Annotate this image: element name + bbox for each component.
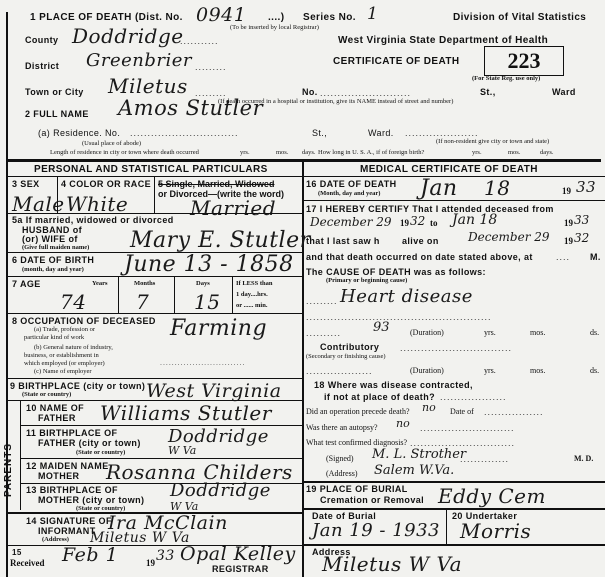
mother-label-1: 12 MAIDEN NAME: [26, 461, 109, 471]
personal-section-title: PERSONAL AND STATISTICAL PARTICULARS: [34, 164, 268, 175]
mother-label-2: MOTHER: [38, 471, 79, 481]
received-date: Feb 1: [62, 544, 118, 566]
foreign-days: days.: [540, 149, 554, 156]
burial-address-value: Miletus W Va: [322, 552, 462, 576]
registrar-label: REGISTRAR: [212, 564, 269, 574]
foreign-yrs: yrs.: [472, 149, 482, 156]
received-year-prefix: 19: [146, 558, 155, 568]
father-bp-state: W Va: [168, 444, 196, 457]
attended-from: December 29: [310, 215, 392, 229]
registrar-name: Opal Kelley: [180, 543, 296, 565]
less-than-2: 1 day....hrs.: [236, 291, 268, 298]
occupation-b-3: which employed (or employer): [24, 360, 105, 367]
district-value: Greenbrier: [86, 50, 192, 71]
length-mos: mos.: [276, 149, 288, 156]
days-label: Days: [196, 280, 210, 287]
dod-day: 18: [484, 176, 510, 200]
occupation-value: Farming: [170, 316, 267, 341]
medical-section-title: MEDICAL CERTIFICATE OF DEATH: [360, 164, 538, 175]
father-bp-label-1: 11 BIRTHPLACE OF: [26, 428, 117, 438]
spouse-value: Mary E. Stutler: [130, 228, 311, 253]
occupation-b-1: (b) General nature of industry,: [34, 344, 113, 351]
contracted-label-1: 18 Where was disease contracted,: [314, 380, 473, 390]
autopsy-label: Was there an autopsy?: [306, 423, 378, 432]
undertaker-value: Morris: [460, 519, 531, 543]
division-title: Division of Vital Statistics: [453, 12, 586, 23]
occupation-b-2: business, or establishment in: [24, 352, 99, 359]
occurred-label: and that death occurred on date stated a…: [306, 252, 533, 262]
town-value: Miletus: [108, 74, 188, 98]
county-label: County: [25, 35, 58, 45]
occupation-c: (c) Name of employer: [34, 368, 92, 375]
birthplace-label: 9 BIRTHPLACE (city or town): [10, 381, 145, 391]
place-of-death-label: 1 PLACE OF DEATH (Dist. No.: [30, 12, 183, 23]
burial-place-label-1: 19 PLACE OF BURIAL: [306, 484, 408, 494]
operation-label: Did an operation precede death?: [306, 407, 410, 416]
father-bp-label-2: FATHER (city or town): [38, 438, 141, 448]
mother-bp-label-1: 13 BIRTHPLACE OF: [26, 485, 118, 495]
to-label: to: [430, 218, 438, 228]
burial-place-value: Eddy Cem: [438, 484, 546, 508]
dob-label: 6 DATE OF BIRTH: [12, 255, 94, 265]
received-label: Received: [10, 558, 44, 568]
county-value: Doddridge: [72, 24, 184, 48]
last-saw-date: December 29: [468, 230, 550, 244]
state-reg-note: (For State Reg. use only): [472, 75, 540, 82]
received-num: 15: [12, 548, 22, 557]
signed-address-label: (Address): [326, 469, 358, 478]
birthplace-value: West Virginia: [146, 380, 282, 402]
dod-year: 33: [576, 178, 596, 196]
contributory-duration-label: (Duration): [410, 366, 444, 375]
mother-bp-sub: (State or country): [76, 505, 125, 512]
abode-note: (Usual place of abode): [82, 140, 141, 147]
spouse-label-1: 5a If married, widowed or divorced: [12, 215, 174, 225]
cause-sub: (Primary or beginning cause): [326, 277, 407, 284]
town-label: Town or City: [25, 87, 84, 97]
st-label: St.,: [480, 87, 496, 97]
foreign-note: How long in U. S. A., if of foreign birt…: [318, 149, 424, 156]
occupation-a-1: (a) Trade, profession or: [34, 326, 95, 333]
spouse-label-4: (Give full maiden name): [22, 244, 89, 251]
birthplace-sub: (State or country): [22, 391, 71, 398]
occurred-suffix: M.: [590, 252, 601, 262]
contributory-mos: mos.: [530, 366, 545, 375]
contracted-label-2: if not at place of death?: [324, 392, 435, 402]
dod-sub: (Month, day and year): [318, 190, 380, 197]
no-label: No.: [302, 87, 318, 97]
residence-ward-label: Ward.: [368, 128, 394, 138]
marital-value: Married: [190, 196, 276, 220]
last-saw-label: that I last saw h: [306, 236, 380, 246]
contributory-ds: ds.: [590, 366, 599, 375]
nonresident-note: (If non-resident give city or town and s…: [436, 138, 549, 145]
dob-sub: (month, day and year): [22, 266, 84, 273]
sex-label: 3 SEX: [12, 179, 40, 189]
dod-label: 16 DATE OF DEATH: [306, 179, 397, 189]
md-label: M. D.: [574, 454, 593, 463]
district-label: District: [25, 61, 59, 71]
certify-label: 17 I HEREBY CERTIFY That I attended dece…: [306, 204, 554, 214]
attended-to: Jan 18: [452, 212, 497, 228]
test-label: What test confirmed diagnosis?: [306, 438, 407, 447]
contributory-yrs: yrs.: [484, 366, 496, 375]
father-label-2: FATHER: [38, 413, 76, 423]
dist-no: 0941: [196, 4, 246, 26]
age-label: 7 AGE: [12, 279, 41, 289]
duration-ds: ds.: [590, 328, 599, 337]
occupation-a-2: particular kind of work: [24, 334, 84, 341]
informant-address-label: (Address): [42, 536, 69, 543]
contributory-sub: (Secondary or finishing cause): [306, 353, 386, 360]
autopsy-value: no: [396, 417, 410, 430]
burial-place-label-2: Cremation or Removal: [320, 495, 424, 505]
parents-label: PARENTS: [3, 420, 17, 520]
dist-note: (To be inserted by local Registrar): [230, 24, 319, 31]
attended-from-year: 32: [410, 214, 425, 228]
race-label: 4 COLOR OR RACE: [61, 179, 151, 189]
duration-label: (Duration): [410, 328, 444, 337]
burial-date-value: Jan 19 - 1933: [312, 520, 440, 541]
informant-label-2: INFORMANT: [38, 526, 96, 536]
months-label: Months: [134, 280, 155, 287]
age-months: 7: [136, 290, 149, 314]
signed-address-value: Salem W.Va.: [374, 463, 454, 478]
father-bp-sub: (State or country): [76, 449, 125, 456]
foreign-mos: mos.: [508, 149, 520, 156]
contributory-label: Contributory: [320, 342, 379, 352]
residence-st-label: St.,: [312, 128, 327, 138]
duration-value: 93: [373, 320, 390, 335]
full-name-label: 2 FULL NAME: [25, 109, 89, 119]
center-divider: [302, 160, 304, 577]
residence-label: (a) Residence. No.: [38, 128, 120, 138]
years-label: Years: [92, 280, 108, 287]
mother-bp-label-2: MOTHER (city or town): [38, 495, 144, 505]
certificate-title: CERTIFICATE OF DEATH: [333, 56, 460, 67]
dob-value: June 13 - 1858: [124, 252, 294, 277]
less-than-1: If LESS than: [236, 280, 273, 287]
operation-value: no: [422, 401, 436, 414]
signed-value: M. L. Strother: [372, 447, 466, 462]
dod-month: Jan: [420, 176, 458, 201]
length-days: days.: [302, 149, 316, 156]
spouse-label-3: (or) WIFE of: [22, 234, 78, 244]
father-value: Williams Stutler: [100, 401, 272, 425]
duration-mos: mos.: [530, 328, 545, 337]
full-name-value: Amos Stutler: [118, 96, 263, 120]
cause-label: The CAUSE OF DEATH was as follows:: [306, 267, 486, 277]
ward-label: Ward: [552, 87, 576, 97]
date-of-label: Date of: [450, 407, 474, 416]
mother-bp-city: Doddridge: [170, 480, 271, 501]
duration-yrs: yrs.: [484, 328, 496, 337]
received-year: 33: [156, 548, 175, 564]
length-yrs: yrs.: [240, 149, 250, 156]
marital-label-1: 5 Single, Married, Widowed: [158, 179, 274, 189]
informant-label-1: 14 SIGNATURE OF: [26, 516, 112, 526]
signed-label: (Signed): [326, 454, 354, 463]
last-saw-alive: alive on: [402, 236, 439, 246]
certificate-number: 223: [484, 46, 564, 76]
series-no: 1: [367, 4, 378, 24]
series-label: Series No.: [303, 12, 356, 23]
age-days: 15: [194, 290, 220, 314]
length-note: Length of residence in city or town wher…: [50, 149, 199, 156]
cause-value: Heart disease: [340, 286, 473, 307]
less-than-3: or ...... min.: [236, 302, 267, 309]
dod-year-prefix: 19: [562, 186, 571, 196]
age-years: 74: [60, 290, 86, 314]
attended-to-year: 33: [574, 213, 589, 227]
death-certificate: 1 PLACE OF DEATH (Dist. No. 0941 ....) (…: [0, 0, 605, 577]
father-label-1: 10 NAME OF: [26, 403, 84, 413]
last-saw-year: 32: [574, 231, 589, 245]
occupation-label: 8 OCCUPATION OF DECEASED: [12, 316, 156, 326]
department-title: West Virginia State Department of Health: [338, 35, 548, 46]
